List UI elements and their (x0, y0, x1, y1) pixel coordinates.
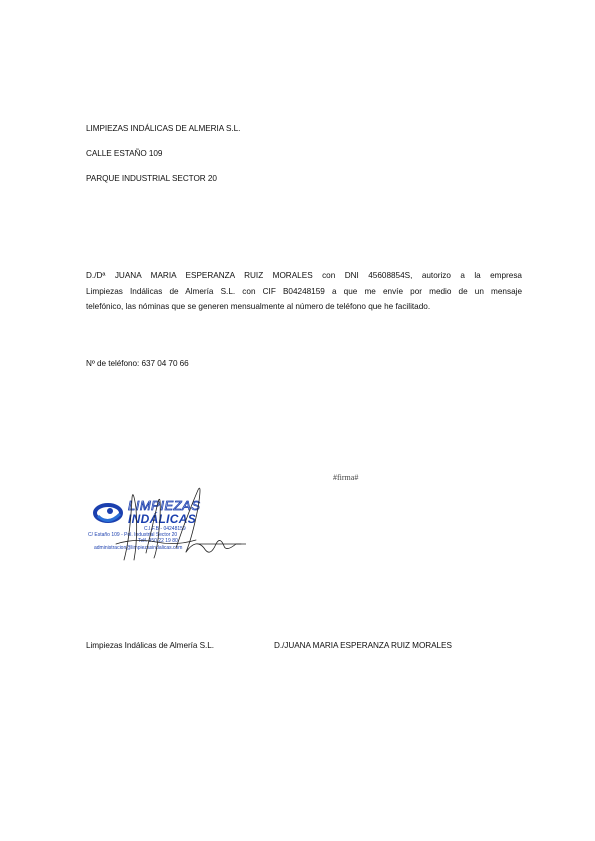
phone-label: Nº de teléfono: (86, 359, 139, 368)
recipient-area: PARQUE INDUSTRIAL SECTOR 20 (86, 174, 217, 183)
authorization-paragraph: D./Dª JUANA MARIA ESPERANZA RUIZ MORALES… (86, 268, 522, 315)
svg-text:administracion@limpiezasindali: administracion@limpiezasindalicas.com (94, 545, 182, 551)
employee-signature-name: D./JUANA MARIA ESPERANZA RUIZ MORALES (274, 641, 452, 650)
phone-value: 637 04 70 66 (141, 359, 188, 368)
recipient-street: CALLE ESTAÑO 109 (86, 149, 162, 158)
recipient-company: LIMPIEZAS INDÁLICAS DE ALMERIA S.L. (86, 124, 240, 133)
company-stamp: LIMPIEZAS INDÁLICAS C.I.F.B - 04248159 C… (86, 478, 246, 570)
phone-line: Nº de teléfono: 637 04 70 66 (86, 359, 189, 368)
authorization-line: D./Dª JUANA MARIA ESPERANZA RUIZ MORALES… (86, 268, 522, 284)
company-logo-icon: LIMPIEZAS INDÁLICAS C.I.F.B - 04248159 C… (86, 478, 246, 570)
authorization-line: telefónico, las nóminas que se generen m… (86, 299, 522, 315)
signature-placeholder: #firma# (333, 473, 358, 482)
company-signature-name: Limpiezas Indálicas de Almería S.L. (86, 641, 214, 650)
authorization-line: Limpiezas Indálicas de Almería S.L. con … (86, 284, 522, 300)
svg-text:INDÁLICAS: INDÁLICAS (128, 511, 196, 526)
